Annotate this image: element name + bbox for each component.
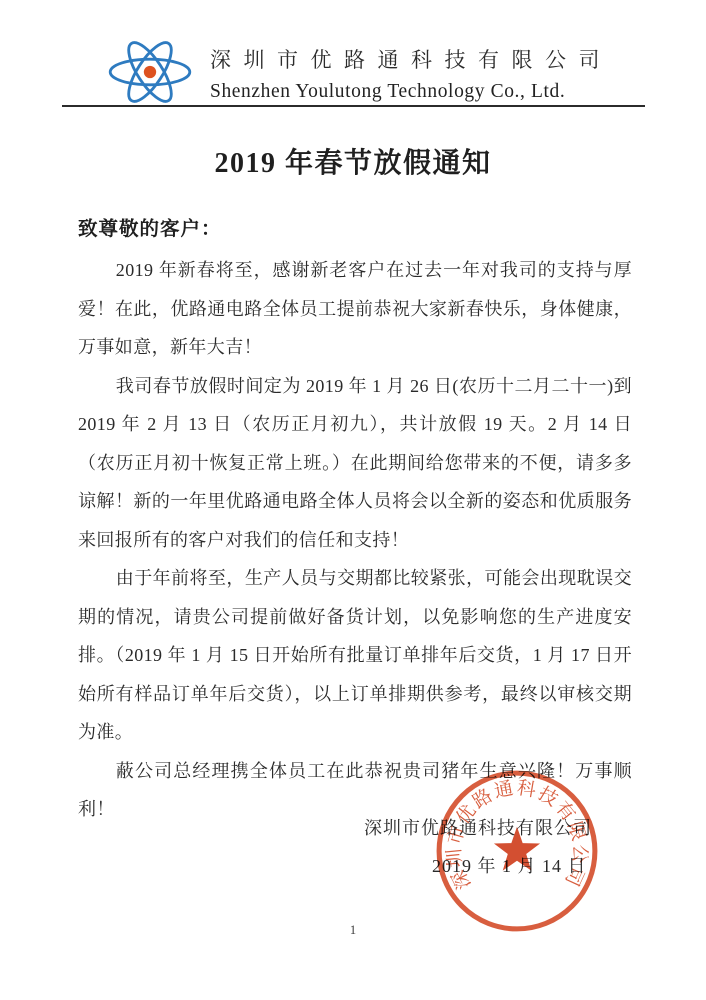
company-name-zh: 深圳市优路通科技有限公司 (210, 44, 612, 74)
body-paragraph-holiday-dates: 我司春节放假时间定为 2019 年 1 月 26 日(农历十二月二十一)到 20… (78, 367, 632, 560)
body-paragraph-order-notice: 由于年前将至，生产人员与交期都比较紧张，可能会出现耽误交期的情况，请贵公司提前做… (78, 559, 632, 752)
salutation: 致尊敬的客户： (78, 213, 222, 241)
body-paragraph-greeting: 2019 年新春将至，感谢新老客户在过去一年对我司的支持与厚爱！在此，优路通电路… (78, 251, 632, 367)
red-star-icon (494, 827, 540, 871)
atom-icon (106, 36, 194, 108)
header-divider (62, 105, 645, 107)
page-number: 1 (0, 923, 706, 938)
document-title: 2019 年春节放假通知 (0, 141, 706, 181)
company-seal: 深圳市优路通科技有限公司 (431, 765, 603, 937)
letterhead: 深圳市优路通科技有限公司 Shenzhen Youlutong Technolo… (106, 36, 612, 108)
company-names: 深圳市优路通科技有限公司 Shenzhen Youlutong Technolo… (210, 36, 612, 103)
company-name-en: Shenzhen Youlutong Technology Co., Ltd. (210, 81, 612, 103)
letter-body: 2019 年新春将至，感谢新老客户在过去一年对我司的支持与厚爱！在此，优路通电路… (78, 251, 632, 829)
document-page: 深圳市优路通科技有限公司 Shenzhen Youlutong Technolo… (0, 0, 706, 1000)
